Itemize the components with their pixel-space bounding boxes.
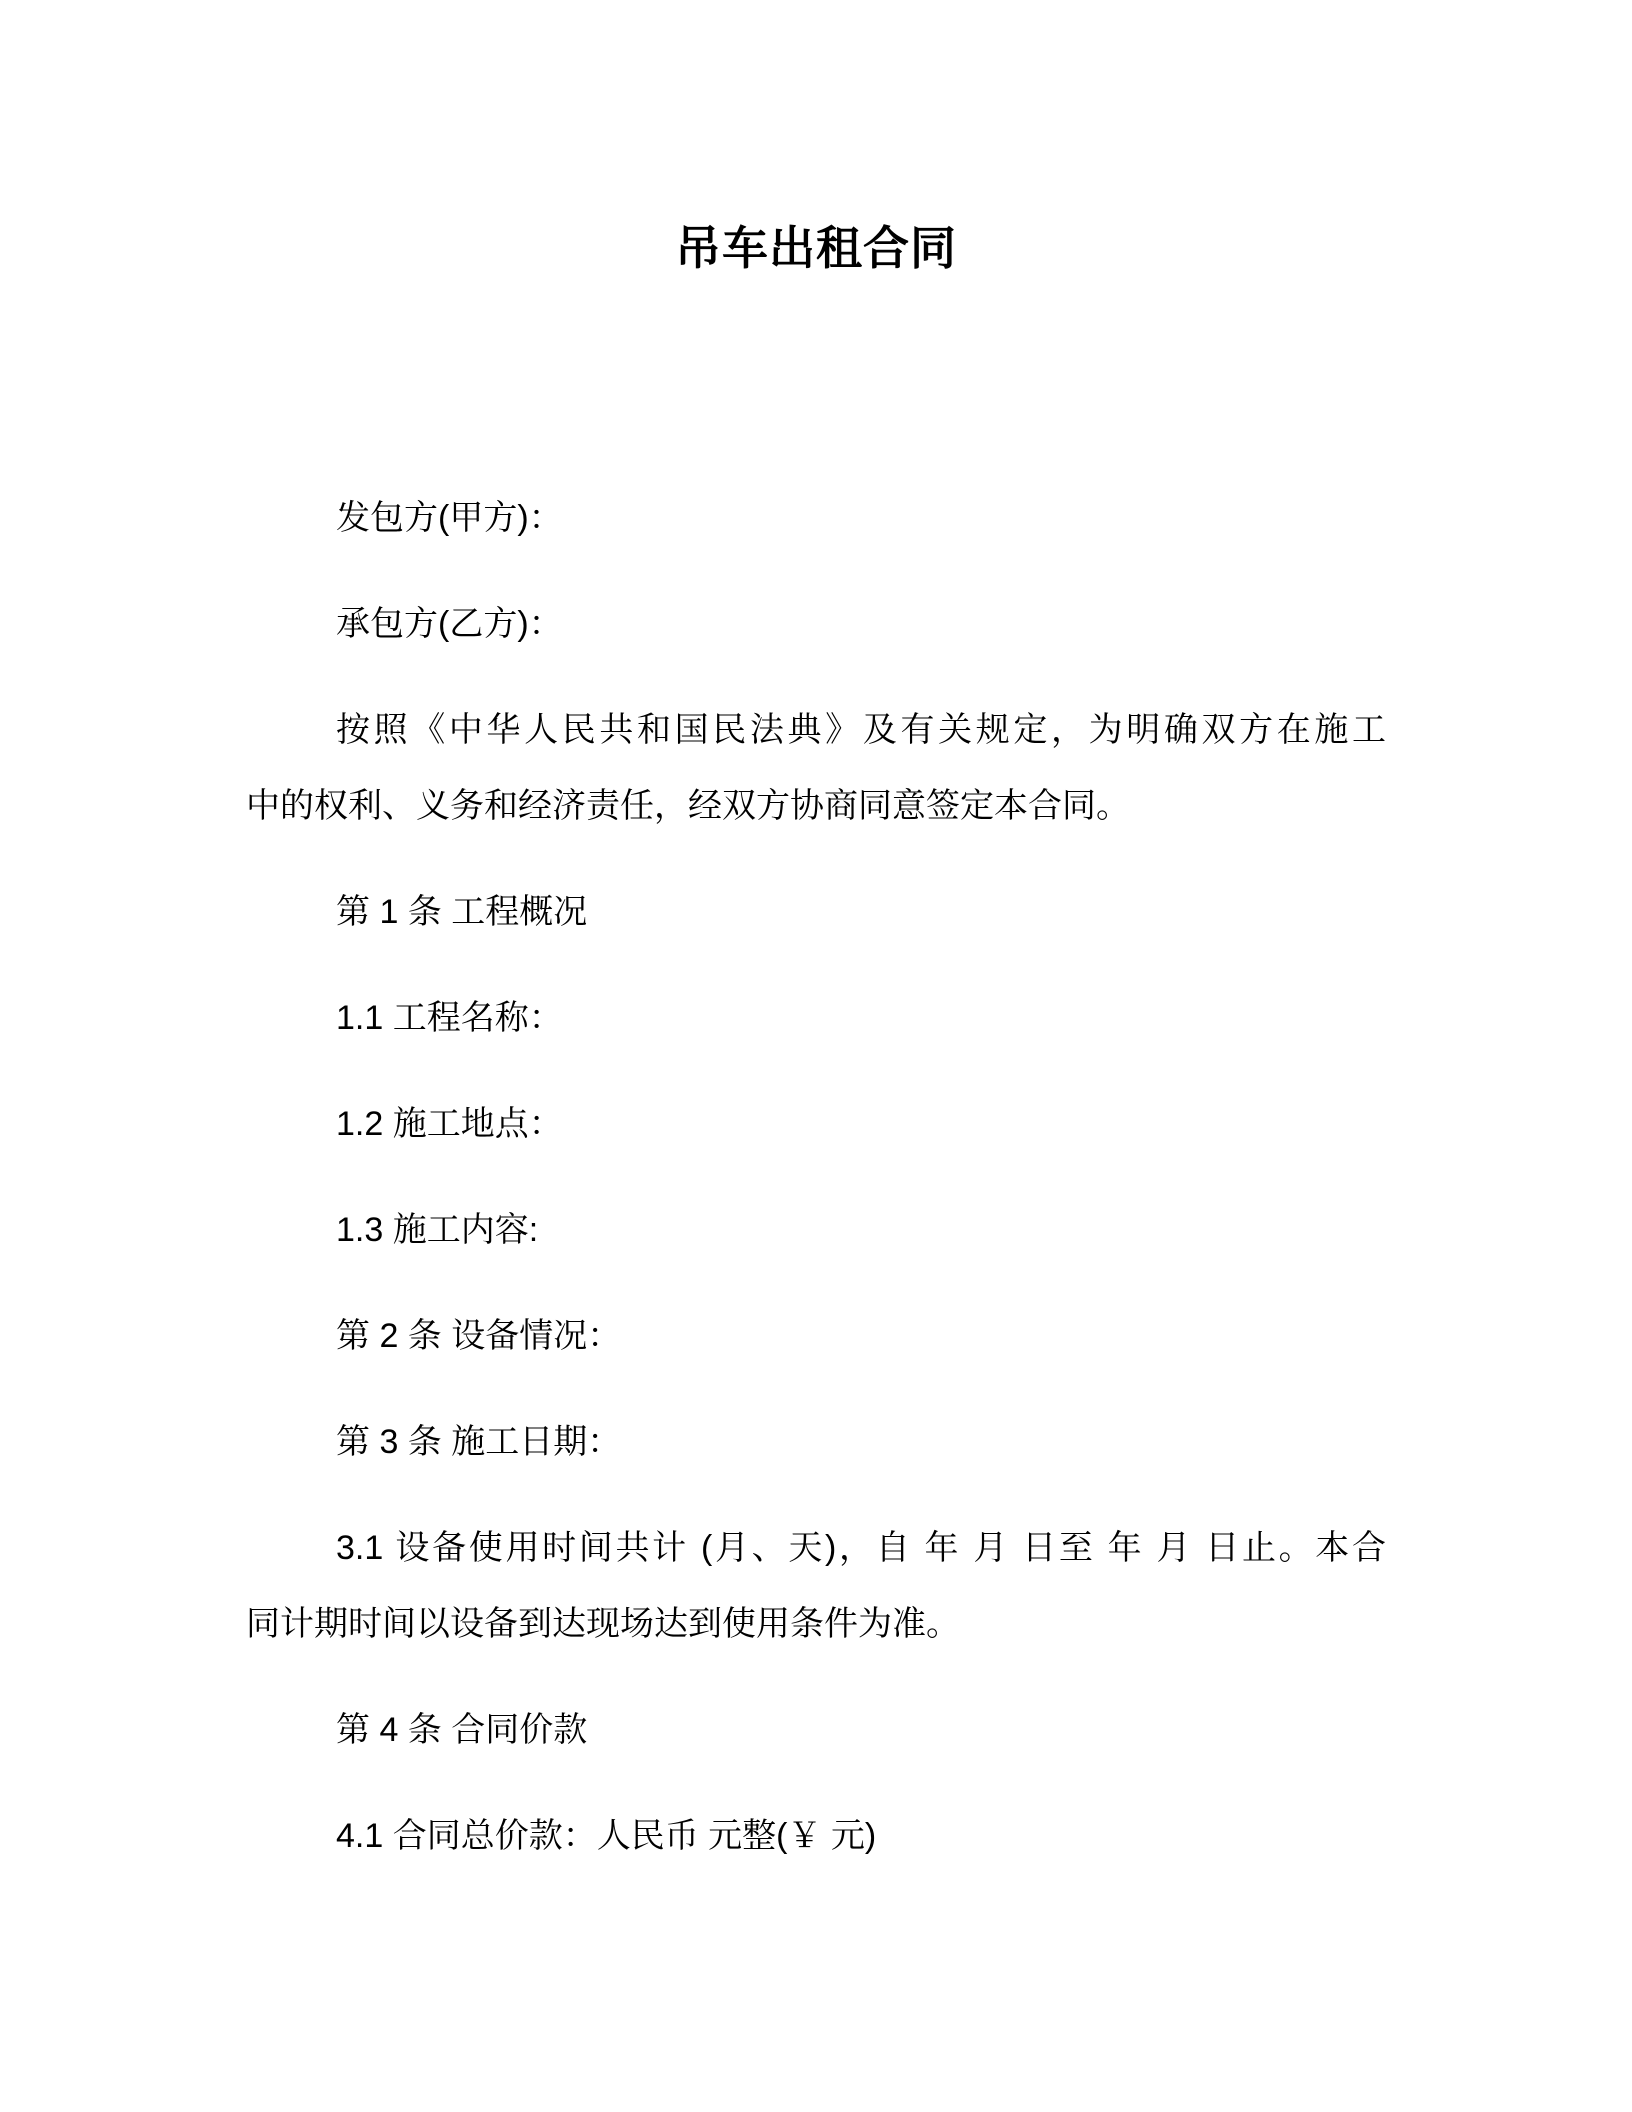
clause-3-1-paragraph: 3.1 设备使用时间共计 (月、天)，自 年 月 日至 年 月 日止。本合 同计… [246, 1510, 1386, 1662]
party-b-line: 承包方(乙方)： [246, 586, 1386, 662]
contract-page: 吊车出租合同 发包方(甲方)： 承包方(乙方)： 按照《中华人民共和国民法典》及… [0, 0, 1632, 2112]
clause-3-construction-date: 第 3 条 施工日期： [246, 1404, 1386, 1480]
preamble-line-2: 中的权利、义务和经济责任，经双方协商同意签定本合同。 [246, 768, 1386, 844]
clause-1-3-construction-content: 1.3 施工内容: [246, 1192, 1386, 1268]
preamble-line-1: 按照《中华人民共和国民法典》及有关规定，为明确双方在施工 [246, 692, 1386, 768]
contract-content: 吊车出租合同 发包方(甲方)： 承包方(乙方)： 按照《中华人民共和国民法典》及… [0, 0, 1632, 2112]
clause-3-1-line-2: 同计期时间以设备到达现场达到使用条件为准。 [246, 1586, 1386, 1662]
party-a-line: 发包方(甲方)： [246, 480, 1386, 556]
clause-1-2-construction-site: 1.2 施工地点： [246, 1086, 1386, 1162]
clause-4-1-total-price: 4.1 合同总价款：人民币 元整(￥ 元) [246, 1798, 1386, 1874]
preamble-paragraph: 按照《中华人民共和国民法典》及有关规定，为明确双方在施工 中的权利、义务和经济责… [246, 692, 1386, 844]
clause-1-1-project-name: 1.1 工程名称： [246, 980, 1386, 1056]
clause-1-heading: 第 1 条 工程概况 [246, 874, 1386, 950]
clause-3-1-line-1: 3.1 设备使用时间共计 (月、天)，自 年 月 日至 年 月 日止。本合 [246, 1510, 1386, 1586]
clause-2-equipment: 第 2 条 设备情况： [246, 1298, 1386, 1374]
clause-4-heading: 第 4 条 合同价款 [246, 1692, 1386, 1768]
document-title: 吊车出租合同 [246, 213, 1386, 283]
